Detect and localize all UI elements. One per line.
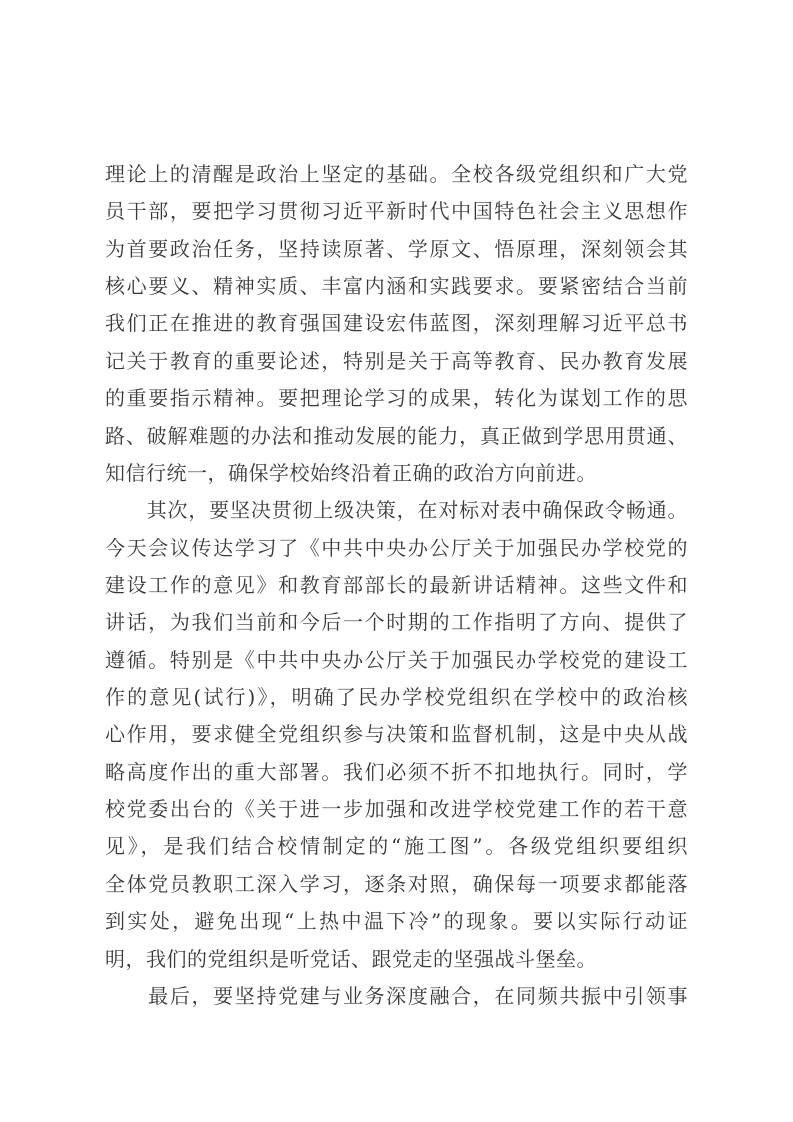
paragraph: 其次，要坚决贯彻上级决策，在对标对表中确保政令畅通。今天会议传达学习了《中共中央…: [105, 492, 688, 978]
text-line: 为首要政治任务，坚持读原著、学原文、悟原理，深刻领会其: [105, 231, 688, 268]
text-line: 今天会议传达学习了《中共中央办公厅关于加强民办学校党的: [105, 530, 688, 567]
text-line: 最后，要坚持党建与业务深度融合，在同频共振中引领事: [105, 978, 688, 1015]
text-line: 明，我们的党组织是听党话、跟党走的坚强战斗堡垒。: [105, 941, 688, 978]
text-line: 讲话，为我们当前和今后一个时期的工作指明了方向、提供了: [105, 604, 688, 641]
text-line: 的重要指示精神。要把理论学习的成果，转化为谋划工作的思: [105, 380, 688, 417]
text-line: 路、破解难题的办法和推动发展的能力，真正做到学思用贯通、: [105, 418, 688, 455]
text-line: 校党委出台的《关于进一步加强和改进学校党建工作的若干意: [105, 791, 688, 828]
text-line: 理论上的清醒是政治上坚定的基础。全校各级党组织和广大党: [105, 156, 688, 193]
text-line: 知信行统一，确保学校始终沿着正确的政治方向前进。: [105, 455, 688, 492]
text-line: 核心要义、精神实质、丰富内涵和实践要求。要紧密结合当前: [105, 268, 688, 305]
text-line: 全体党员教职工深入学习，逐条对照，确保每一项要求都能落: [105, 866, 688, 903]
document-body-text: 理论上的清醒是政治上坚定的基础。全校各级党组织和广大党员干部，要把学习贯彻习近平…: [105, 156, 688, 1015]
text-line: 作的意见(试行)》，明确了民办学校党组织在学校中的政治核: [105, 679, 688, 716]
text-line: 建设工作的意见》和教育部部长的最新讲话精神。这些文件和: [105, 567, 688, 604]
text-line: 其次，要坚决贯彻上级决策，在对标对表中确保政令畅通。: [105, 492, 688, 529]
text-line: 到实处，避免出现“上热中温下冷”的现象。要以实际行动证: [105, 903, 688, 940]
paragraph: 最后，要坚持党建与业务深度融合，在同频共振中引领事: [105, 978, 688, 1015]
text-line: 见》，是我们结合校情制定的“施工图”。各级党组织要组织: [105, 828, 688, 865]
text-line: 员干部，要把学习贯彻习近平新时代中国特色社会主义思想作: [105, 193, 688, 230]
text-line: 我们正在推进的教育强国建设宏伟蓝图，深刻理解习近平总书: [105, 305, 688, 342]
paragraph: 理论上的清醒是政治上坚定的基础。全校各级党组织和广大党员干部，要把学习贯彻习近平…: [105, 156, 688, 492]
text-line: 记关于教育的重要论述，特别是关于高等教育、民办教育发展: [105, 343, 688, 380]
document-page: 理论上的清醒是政治上坚定的基础。全校各级党组织和广大党员干部，要把学习贯彻习近平…: [0, 0, 793, 1122]
text-line: 略高度作出的重大部署。我们必须不折不扣地执行。同时，学: [105, 754, 688, 791]
text-line: 心作用，要求健全党组织参与决策和监督机制，这是中央从战: [105, 716, 688, 753]
text-line: 遵循。特别是《中共中央办公厅关于加强民办学校党的建设工: [105, 642, 688, 679]
